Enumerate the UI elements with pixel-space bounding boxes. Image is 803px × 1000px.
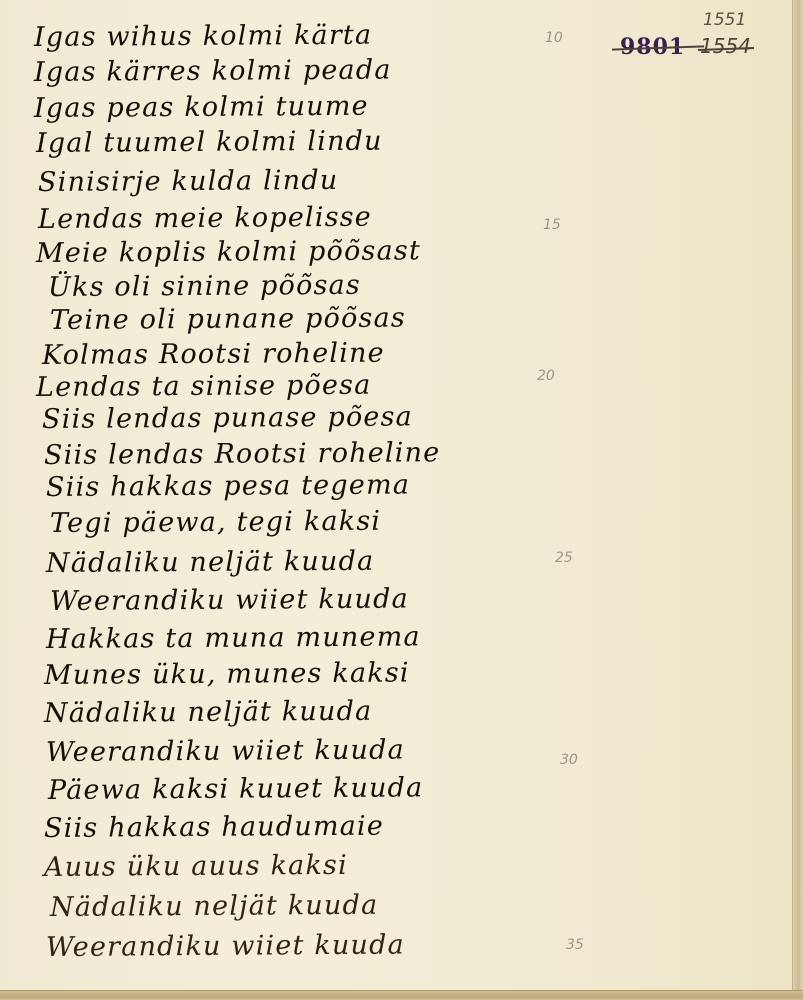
- manuscript-line: Nädaliku neljät kuuda: [46, 546, 375, 579]
- manuscript-line: Tegi päewa, tegi kaksi: [50, 506, 381, 539]
- manuscript-line: Üks oli sinine põõsas: [48, 270, 361, 303]
- manuscript-line: Siis hakkas pesa tegema: [46, 469, 410, 503]
- manuscript-line: Weerandiku wiiet kuuda: [46, 929, 405, 963]
- manuscript-line: Weerandiku wiiet kuuda: [50, 583, 409, 617]
- manuscript-line: Nädaliku neljät kuuda: [50, 890, 379, 923]
- manuscript-line: Nädaliku neljät kuuda: [44, 696, 373, 729]
- page-edge-bottom: [0, 990, 803, 1000]
- manuscript-line: Meie koplis kolmi põõsast: [36, 235, 421, 269]
- manuscript-line: Auus üku auus kaksi: [44, 850, 348, 883]
- manuscript-line: Siis lendas Rootsi roheline: [44, 437, 441, 471]
- margin-line-number: 10: [545, 30, 563, 46]
- manuscript-line: Siis lendas punase põesa: [42, 401, 413, 435]
- page-edge-right: [792, 0, 803, 1000]
- manuscript-line: Siis hakkas haudumaie: [44, 811, 384, 844]
- manuscript-line: Weerandiku wiiet kuuda: [46, 734, 405, 768]
- manuscript-line: Igas wihus kolmi kärta: [34, 20, 372, 53]
- manuscript-line: Igal tuumel kolmi lindu: [36, 126, 383, 159]
- margin-line-number: 35: [566, 937, 584, 953]
- manuscript-line: Sinisirje kulda lindu: [38, 165, 339, 198]
- page-number-old: 1554: [700, 34, 751, 58]
- manuscript-line: Hakkas ta muna munema: [46, 621, 421, 655]
- page-number-new: 1551: [703, 10, 746, 30]
- margin-line-number: 25: [555, 550, 573, 566]
- margin-line-number: 30: [560, 752, 578, 768]
- manuscript-page: 1551 9801 1554 10 15 20 25 30 35 Igas wi…: [0, 0, 798, 994]
- manuscript-line: Munes üku, munes kaksi: [44, 657, 410, 691]
- manuscript-line: Päewa kaksi kuuet kuuda: [48, 772, 424, 806]
- manuscript-line: Lendas ta sinise põesa: [36, 370, 372, 403]
- margin-line-number: 15: [543, 217, 561, 233]
- manuscript-line: Lendas meie kopelisse: [38, 202, 372, 235]
- manuscript-line: Teine oli punane põõsas: [50, 303, 406, 336]
- manuscript-line: Igas kärres kolmi peada: [34, 55, 392, 88]
- margin-line-number: 20: [537, 368, 555, 384]
- manuscript-line: Kolmas Rootsi roheline: [42, 338, 385, 371]
- manuscript-line: Igas peas kolmi tuume: [34, 91, 369, 124]
